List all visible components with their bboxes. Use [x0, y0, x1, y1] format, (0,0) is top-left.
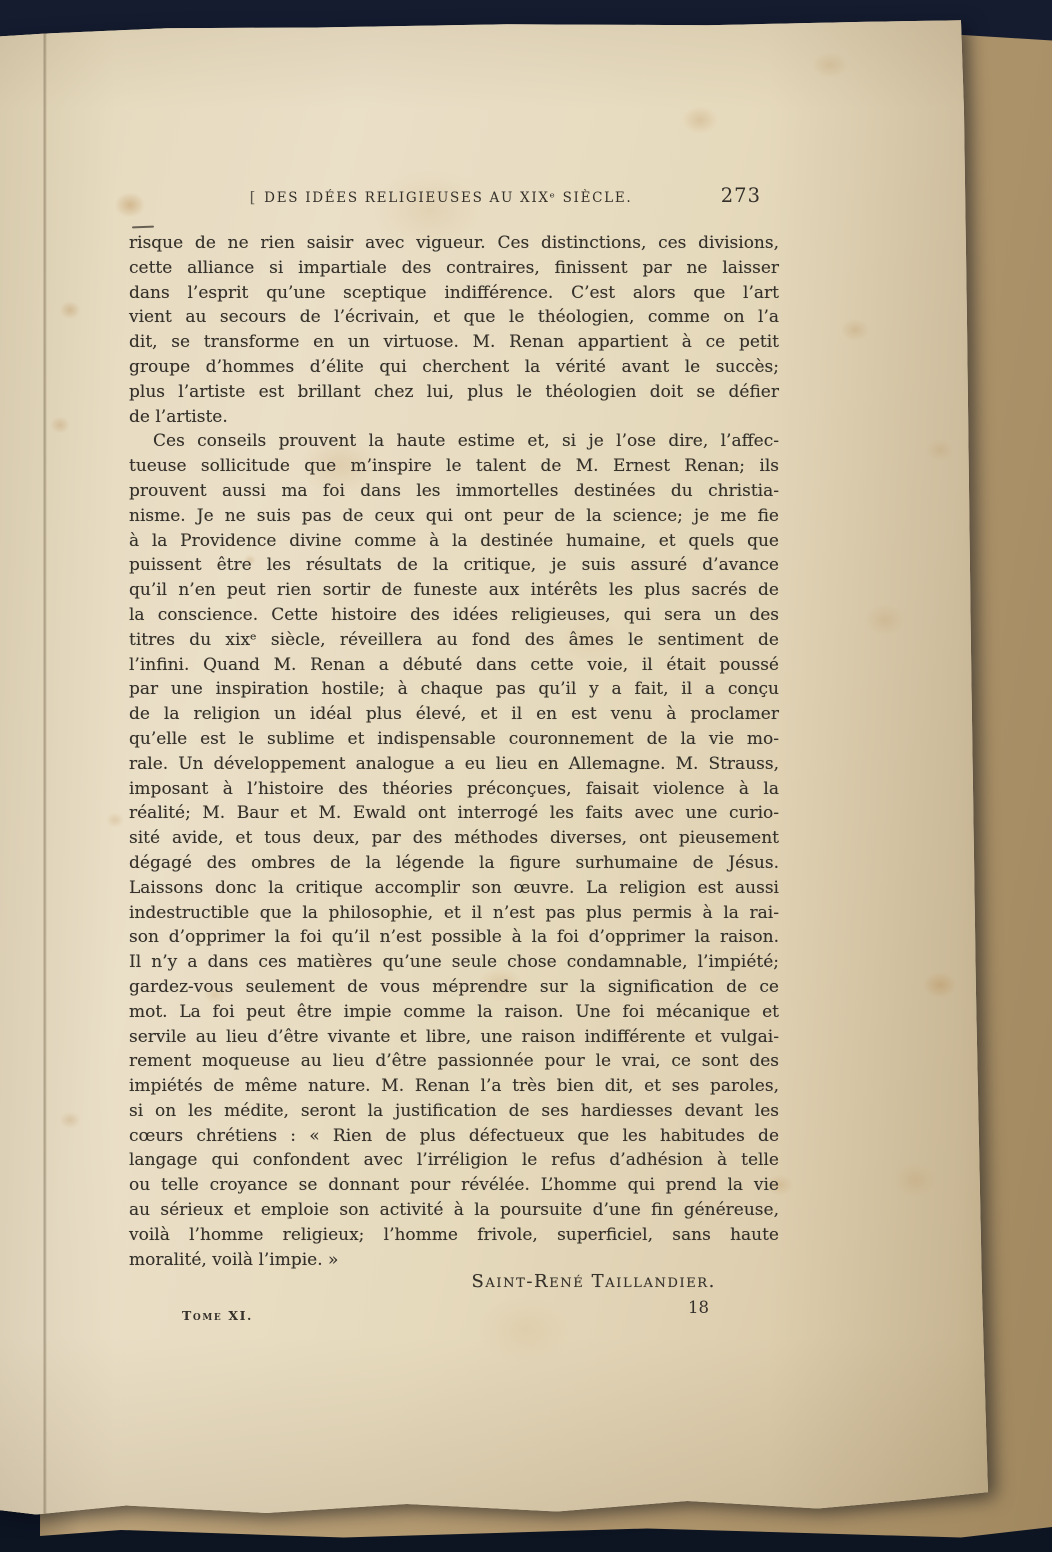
text-line: mot. La foi peut être impie comme la rai… [129, 1000, 779, 1025]
margin-bracket-mark: [ [250, 188, 258, 206]
text-line: la conscience. Cette histoire des idées … [129, 603, 779, 628]
text-column: risque de ne rien saisir avec vigueur. C… [129, 231, 779, 1272]
page-header: [DES IDÉES RELIGIEUSES AU XIXᵉ SIÈCLE. 2… [132, 188, 782, 214]
page-wrapper: [DES IDÉES RELIGIEUSES AU XIXᵉ SIÈCLE. 2… [0, 20, 988, 1516]
text-line: voilà l’homme religieux; l’homme frivole… [129, 1223, 779, 1248]
text-line: plus l’artiste est brillant chez lui, pl… [129, 380, 779, 405]
text-line: moralité, voilà l’impie. » [129, 1248, 779, 1273]
text-line: impiétés de même nature. M. Renan l’a tr… [129, 1074, 779, 1099]
text-line: sité avide, et tous deux, par des méthod… [129, 826, 779, 851]
text-line: de la religion un idéal plus élevé, et i… [129, 702, 779, 727]
text-line: à la Providence divine comme à la destin… [129, 529, 779, 554]
text-line: prouvent aussi ma foi dans les immortell… [129, 479, 779, 504]
text-line: indestructible que la philosophie, et il… [129, 901, 779, 926]
text-line: imposant à l’histoire des théories préco… [129, 777, 779, 802]
text-line: Ces conseils prouvent la haute estime et… [129, 429, 779, 454]
ink-smudge [132, 226, 154, 229]
text-line: tueuse sollicitude que m’inspire le tale… [129, 454, 779, 479]
text-line: si on les médite, seront la justificatio… [129, 1099, 779, 1124]
running-title-text: DES IDÉES RELIGIEUSES AU XIXᵉ SIÈCLE. [264, 190, 632, 206]
text-line: Il n’y a dans ces matières qu’une seule … [129, 950, 779, 975]
text-line: puissent être les résultats de la critiq… [129, 553, 779, 578]
book-scan-photo: [DES IDÉES RELIGIEUSES AU XIXᵉ SIÈCLE. 2… [0, 0, 1052, 1552]
text-line: ou telle croyance se donnant pour révélé… [129, 1173, 779, 1198]
text-line: dégagé des ombres de la légende la figur… [129, 851, 779, 876]
text-line: risque de ne rien saisir avec vigueur. C… [129, 231, 779, 256]
text-line: Laissons donc la critique accomplir son … [129, 876, 779, 901]
running-title: [DES IDÉES RELIGIEUSES AU XIXᵉ SIÈCLE. [116, 188, 766, 206]
text-line: titres du xixᵉ siècle, réveillera au fon… [129, 628, 779, 653]
text-line: vient au secours de l’écrivain, et que l… [129, 305, 779, 330]
text-line: réalité; M. Baur et M. Ewald ont interro… [129, 801, 779, 826]
author-signature-text: Saint-René Taillandier. [471, 1271, 716, 1292]
text-line: gardez-vous seulement de vous méprendre … [129, 975, 779, 1000]
text-line: l’infini. Quand M. Renan a débuté dans c… [129, 653, 779, 678]
author-signature: Saint-René Taillandier. [129, 1271, 779, 1292]
text-line: groupe d’hommes d’élite qui cherchent la… [129, 355, 779, 380]
text-line: servile au lieu d’être vivante et libre,… [129, 1025, 779, 1050]
text-line: nisme. Je ne suis pas de ceux qui ont pe… [129, 504, 779, 529]
page-number: 273 [721, 184, 761, 207]
text-line: cœurs chrétiens : « Rien de plus défectu… [129, 1124, 779, 1149]
text-line: rale. Un développement analogue a eu lie… [129, 752, 779, 777]
text-line: dans l’esprit qu’une sceptique indiffére… [129, 281, 779, 306]
text-line: qu’il n’en peut rien sortir de funeste a… [129, 578, 779, 603]
text-line: qu’elle est le sublime et indispensable … [129, 727, 779, 752]
text-line: de l’artiste. [129, 405, 779, 430]
text-line: par une inspiration hostile; à chaque pa… [129, 677, 779, 702]
text-line: rement moqueuse au lieu d’être passionné… [129, 1049, 779, 1074]
text-line: dit, se transforme en un virtuose. M. Re… [129, 330, 779, 355]
text-line: cette alliance si impartiale des contrai… [129, 256, 779, 281]
volume-label: Tome XI. [182, 1308, 253, 1323]
sheet-number-text: 18 [688, 1298, 709, 1317]
text-line: son d’opprimer la foi qu’il n’est possib… [129, 925, 779, 950]
text-line: langage qui confondent avec l’irréligion… [129, 1148, 779, 1173]
book-page: [DES IDÉES RELIGIEUSES AU XIXᵉ SIÈCLE. 2… [0, 20, 988, 1516]
text-line: au sérieux et emploie son activité à la … [129, 1198, 779, 1223]
